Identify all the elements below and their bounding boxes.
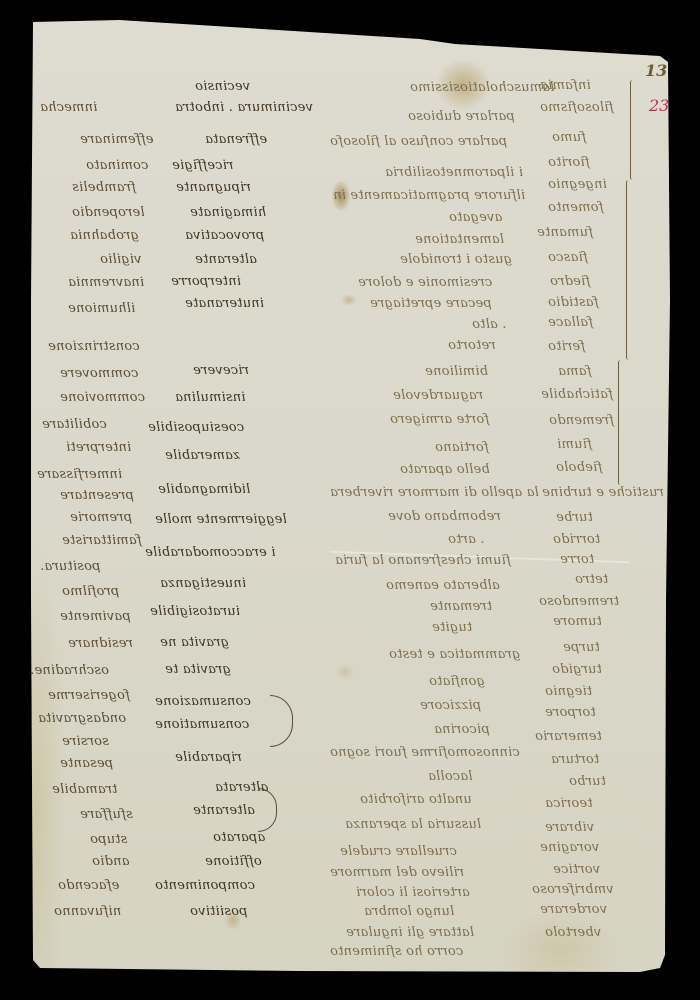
manuscript-word: tortura [551,752,599,768]
manuscript-word: commovere [60,366,138,382]
manuscript-word: lussuria la speranza [345,817,481,833]
manuscript-word: interporre [171,274,241,290]
manuscript-word: parlare confuso al filosofo [330,134,507,150]
manuscript-word: lattare gli ingulare [346,925,474,941]
manuscript-word: inmecha [40,100,97,116]
manuscript-word: cobilitare [42,417,107,433]
manuscript-word: fatichabile [541,387,613,403]
manuscript-word: pavimente [60,609,131,625]
manuscript-word: nifuvanno [54,904,121,920]
manuscript-word: efacendo [58,878,119,894]
manuscript-word: turgido [552,662,602,678]
margin-bracket [618,360,623,485]
manuscript-word: rebombano dove [388,509,501,525]
manuscript-word: arteriosi li colori [356,885,470,901]
manuscript-word: cresimonie e dolore [358,275,492,291]
manuscript-word: tremante [430,599,492,615]
manuscript-word: fumo [552,130,586,146]
manuscript-word: iuratosigibile [150,604,240,620]
manuscript-word: lamuscholatiosissimo [410,80,554,96]
manuscript-word: torrido [553,532,600,548]
manuscript-word: parlare dubioso [408,109,515,125]
manuscript-word: torre [560,552,594,568]
manuscript-word: retorto [448,338,496,354]
margin-bracket [630,80,635,180]
manuscript-page: 13 23 infamiafilosofismofumofioritoingeg… [0,0,700,1000]
manuscript-word: himaginate [190,205,266,221]
manuscript-word: fiumi chesfrenano la furia [335,553,511,569]
manuscript-word: fumante [537,225,593,241]
manuscript-word: turpe [563,640,600,656]
manuscript-word: vecinsio [195,79,250,95]
manuscript-word: lidimagnabile [158,482,250,498]
manuscript-word: tramabile [52,782,117,798]
manuscript-word: sfuffare [80,807,133,823]
manuscript-word: cominato [86,158,148,174]
manuscript-word: tugite [432,620,472,636]
manuscript-word: alterata [215,780,268,796]
manuscript-word: bimilione [425,364,488,380]
manuscript-word: ricevere [193,363,249,379]
manuscript-word: vbertolo [545,925,601,941]
manuscript-viewer: 13 23 infamiafilosofismofumofioritoingeg… [0,0,700,1000]
manuscript-word: alterante [195,252,257,268]
folio-number-red: 23 [649,97,669,115]
manuscript-word: aparato [213,830,265,846]
manuscript-word: fiasco [548,250,588,266]
manuscript-word: fogeriserme [48,688,130,704]
manuscript-word: tumore [553,614,602,630]
margin-bracket [626,180,631,360]
manuscript-word: presentare [60,488,134,504]
manuscript-word: turbo [569,774,606,790]
manuscript-word: consumatione [155,717,249,733]
manuscript-word: riparabile [175,750,242,766]
manuscript-word: posiitivo [190,904,248,920]
manuscript-word: effrenata [205,132,267,148]
manuscript-word: grammatica e testo [389,647,520,663]
manuscript-word: stupo [90,832,127,848]
manuscript-word: commovione [60,390,145,406]
manuscript-word: . arto [448,532,484,548]
manuscript-word: tetro [575,572,608,588]
manuscript-word: pizzicore [420,698,481,714]
manuscript-word: inmerfissare [37,467,122,483]
manuscript-word: rilievo del marmore [330,865,464,881]
manuscript-word: corro ho sfinimento [330,944,463,960]
manuscript-word: riceffigie [172,158,233,174]
manuscript-word: vorderare [540,902,607,918]
manuscript-word: gusto i tronidole [400,252,512,268]
manuscript-word: residnare [68,636,133,652]
manuscript-word: i ilparomnetosilibria [385,165,523,181]
manuscript-word: vibrare [545,820,594,836]
manuscript-word: pecare epretiagre [370,296,492,312]
manuscript-word: raguardevole [393,388,483,404]
manuscript-word: coesiuposibile [148,420,244,436]
manuscript-word: vecinimura . inbotra [175,100,313,116]
manuscript-word: oschradine. [30,663,109,679]
manuscript-word: i eraccomodarabile [145,545,275,561]
manuscript-word: ferito [548,339,585,355]
manuscript-word: alterante [193,803,255,819]
manuscript-word: fallace [548,315,593,331]
manuscript-word: torpore [545,705,596,721]
manuscript-word: lungo lombra [364,904,454,920]
manuscript-word: positura. [40,559,100,575]
manuscript-word: bello aparato [400,462,490,478]
manuscript-word: fiumi [557,437,592,453]
manuscript-word: consumazione [155,694,251,710]
manuscript-word: andio [92,854,129,870]
manuscript-word: . alto [472,317,506,333]
manuscript-word: gravita te [165,662,231,678]
manuscript-word: fiorito [548,155,590,171]
manuscript-word: leropendio [72,205,145,221]
manuscript-word: vortice [553,862,600,878]
manuscript-word: ondasgravita [38,711,126,727]
manuscript-word: tremendoso [539,594,619,610]
manuscript-word: gravita ne [160,635,229,651]
grouping-circle [270,695,293,747]
manuscript-word: premorie [70,510,132,526]
manuscript-word: unalto ariforbito [360,792,472,808]
manuscript-word: fiedro [550,274,590,290]
manuscript-word: ilhumione [68,301,135,317]
manuscript-word: profilmo [62,584,119,600]
manuscript-word: lamentatione [415,232,504,248]
manuscript-word: interpreti [66,440,131,456]
manuscript-word: ilfurore pragmaticamente in [333,188,525,204]
manuscript-word: turbe [556,510,593,526]
manuscript-word: gonfiato [429,674,485,690]
manuscript-word: vigilio [100,252,142,268]
manuscript-word: componimento [155,878,255,894]
manuscript-word: temerario [535,729,602,745]
manuscript-word: famittariste [62,533,142,549]
manuscript-word: inuestiganza [160,576,246,592]
manuscript-word: provocativa [185,228,264,244]
manuscript-word: vmbriferoso [532,882,614,898]
manuscript-word: fama [558,364,591,380]
manuscript-word: cruellare crudele [340,844,457,860]
manuscript-word: constrinzione [48,339,140,355]
manuscript-word: rustiche e turbine [542,485,664,501]
folio-number-ink: 13 [645,62,667,80]
manuscript-word: picorina [434,722,490,738]
manuscript-word: sorsire [62,734,109,750]
manuscript-word: inavremnia [68,275,144,291]
manuscript-word: ingegnio [548,177,607,193]
manuscript-word: fomento [548,200,603,216]
manuscript-word: avegato [449,210,502,226]
manuscript-word: ripugnante [176,180,251,196]
manuscript-word: frambelis [72,180,136,196]
manuscript-word: effeminare [80,132,154,148]
manuscript-word: cinnosomofirme fuori sogno [330,745,520,761]
manuscript-word: forte armigero [390,412,489,428]
manuscript-word: tiegnio [545,684,592,700]
manuscript-word: fremendo [549,413,614,429]
manuscript-word: inuteranate [185,296,264,312]
manuscript-word: offitione [205,854,262,870]
manuscript-word: lacolla [428,769,472,785]
manuscript-word: fortiano [435,440,489,456]
manuscript-word: leggiermente molle [155,512,287,528]
manuscript-word: teorica [545,796,593,812]
manuscript-word: fiebolo [556,460,602,476]
manuscript-word: insimulina [175,390,246,406]
manuscript-word: zamerabile [165,448,240,464]
manuscript-word: voragine [540,840,599,856]
manuscript-word: la apello di marmore riverbera [330,485,539,501]
manuscript-word: alberato eanemo [386,578,500,594]
manuscript-word: pesante [60,756,113,772]
manuscript-word: grobahnia [70,228,139,244]
manuscript-word: filosofismo [540,100,613,116]
manuscript-word: fastidio [548,295,599,311]
